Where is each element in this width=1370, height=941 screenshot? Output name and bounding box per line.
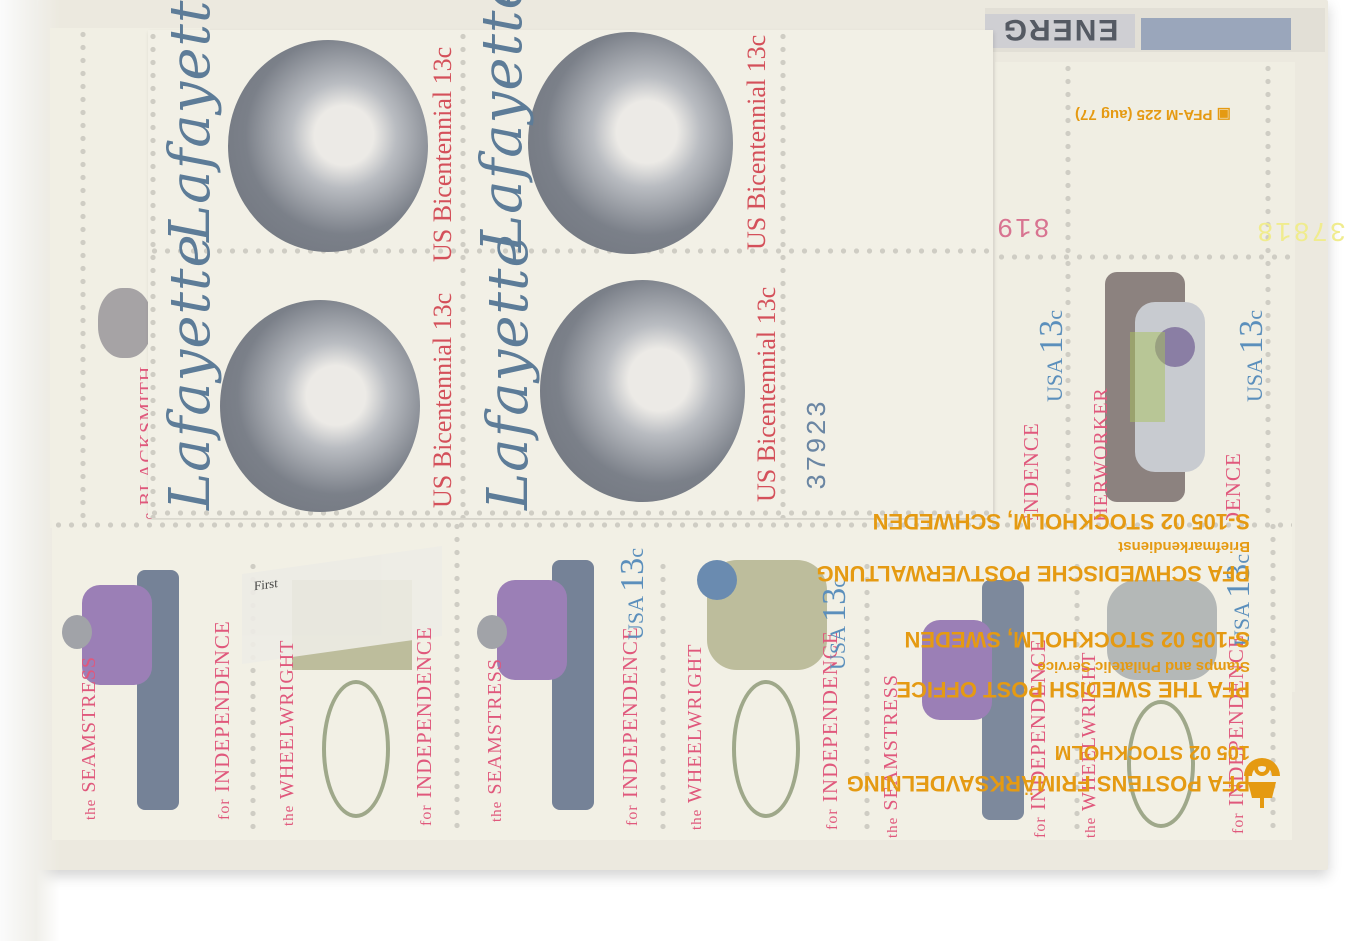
craft-label-wheelwright: the WHEELWRIGHT xyxy=(684,644,707,830)
lafayette-portrait xyxy=(540,280,745,502)
pfa-label: S-105 02 STOCKHOLM, SCHWEDEN Briefmarken… xyxy=(790,508,1250,808)
for-independence: for INDEPENDENCE xyxy=(210,620,235,820)
craft-label-wheelwright: the WHEELWRIGHT xyxy=(276,640,299,826)
plate-number: 37923 xyxy=(804,399,834,490)
lafayette-title: Lafayette xyxy=(476,233,541,510)
plate-imprint: ▣ PFA-M 225 (aug 77) xyxy=(1075,106,1231,124)
pfa-english-sub: Stamps and Philatelic Service xyxy=(790,658,1250,675)
pfa-german-sub: Briefmarkendienst xyxy=(790,538,1250,555)
usa-13c: USA 13c xyxy=(614,548,652,640)
lafayette-portrait xyxy=(220,300,420,512)
lafayette-title: Lafayette xyxy=(470,0,535,252)
energy-stamp-strip: ENERG xyxy=(985,8,1325,52)
first-day-text: First xyxy=(254,575,278,594)
lafayette-title: Lafayette xyxy=(158,0,223,242)
pfa-english-title: PFA THE SWEDISH POST OFFICE xyxy=(790,676,1250,702)
blacksmith-figure xyxy=(98,288,152,358)
craft-label-seamstress: the SEAMSTRESS xyxy=(484,658,507,822)
bicentennial-13c: US Bicentennial 13c xyxy=(428,47,458,262)
pfa-german-title: PFA SCHWEDISCHE POSTVERWALTUNG xyxy=(770,560,1250,586)
lafayette-portrait xyxy=(528,32,733,254)
lafayette-portrait xyxy=(228,40,428,252)
for-independence: for INDEPENDENCE xyxy=(618,626,643,826)
usa-13c-partial: USA 13c xyxy=(1033,310,1071,402)
pfa-swedish-address: 105 02 STOCKHOLM xyxy=(790,740,1250,763)
posthorn-icon xyxy=(1238,748,1286,814)
bicentennial-13c: US Bicentennial 13c xyxy=(428,293,458,508)
usa-13c-leatherworker: USA 13c xyxy=(1233,310,1271,402)
for-independence: for INDEPENDENCE xyxy=(412,626,437,826)
pfa-german-block: S-105 02 STOCKHOLM, SCHWEDEN xyxy=(790,508,1250,534)
lafayette-title: Lafayette xyxy=(158,233,223,510)
plate-number-yellow: 37818 xyxy=(1255,214,1346,244)
lafayette-plate-block: Lafayette US Bicentennial 13c Lafayette … xyxy=(148,30,993,518)
printer-mark-icon: ▣ xyxy=(1217,106,1231,123)
pfa-swedish-title: PFA POSTENS FRIMÄRKSAVDELNING xyxy=(760,770,1250,796)
pfa-english-address: S-105 02 STOCKHOLM, SWEDEN xyxy=(790,626,1250,652)
bicentennial-13c: US Bicentennial 13c xyxy=(752,287,782,502)
plate-number-red: 819 xyxy=(995,210,1050,240)
craft-label-seamstress: the SEAMSTRESS xyxy=(78,656,101,820)
bicentennial-13c: US Bicentennial 13c xyxy=(742,35,772,250)
energy-stamp-text: ENERG xyxy=(985,12,1135,46)
